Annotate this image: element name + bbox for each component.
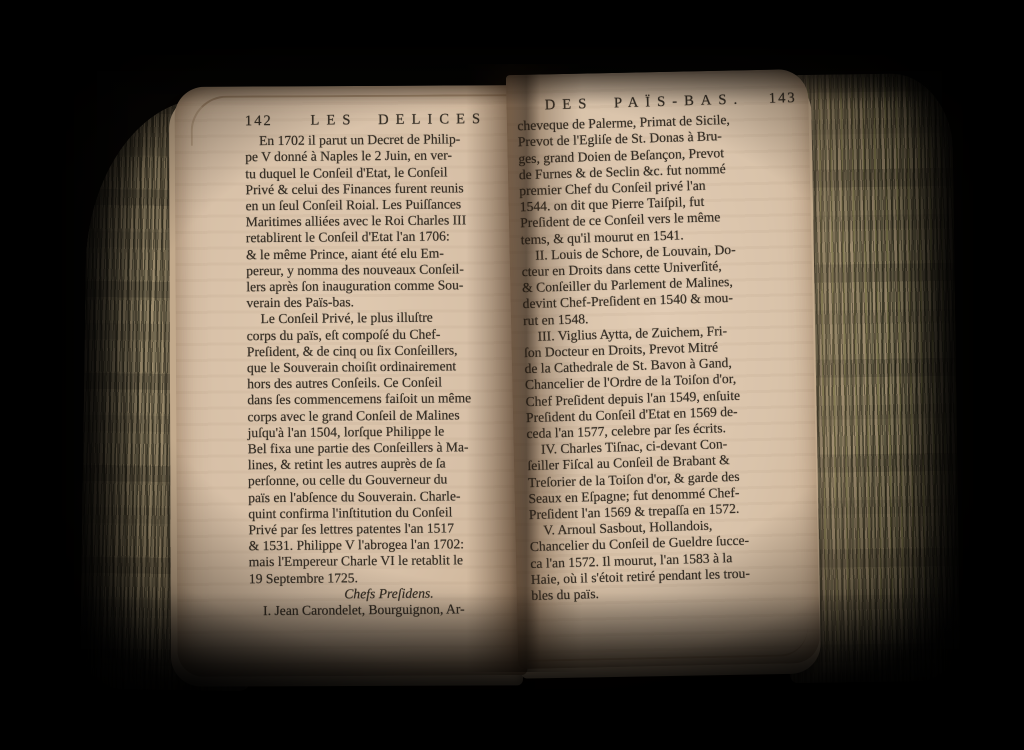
left-paragraph-2: Le Conſeil Privé, le plus illuſtre corps… bbox=[247, 309, 529, 587]
left-entry-1: I. Jean Carondelet, Bourguignon, Ar- bbox=[249, 601, 529, 620]
left-page-header: 142 LES DELICES bbox=[245, 111, 525, 130]
book-photograph: 142 LES DELICES En 1702 il parut un Decr… bbox=[0, 0, 1024, 750]
right-entry-2: II. Louis de Schore, de Louvain, Do- cte… bbox=[521, 240, 803, 329]
right-page-text: DES PAÏS-BAS. 143 cheveque de Palerme, P… bbox=[517, 90, 812, 604]
left-page-number: 142 bbox=[245, 113, 273, 129]
left-running-title: LES DELICES bbox=[273, 111, 525, 129]
left-page-text: 142 LES DELICES En 1702 il parut un Decr… bbox=[245, 111, 529, 620]
right-page-number: 143 bbox=[769, 90, 797, 107]
left-paragraph-1: En 1702 il parut un Decret de Philip- pe… bbox=[245, 131, 527, 312]
right-entry-4: IV. Charles Tiſnac, ci-devant Con- ſeill… bbox=[527, 434, 809, 523]
right-entry-3: III. Viglius Aytta, de Zuichem, Fri- ſon… bbox=[523, 321, 806, 443]
right-entry-5: V. Arnoul Sasbout, Hollandois, Chancelie… bbox=[529, 515, 811, 604]
right-continuation-paragraph: cheveque de Palerme, Primat de Sicile, P… bbox=[517, 110, 801, 248]
